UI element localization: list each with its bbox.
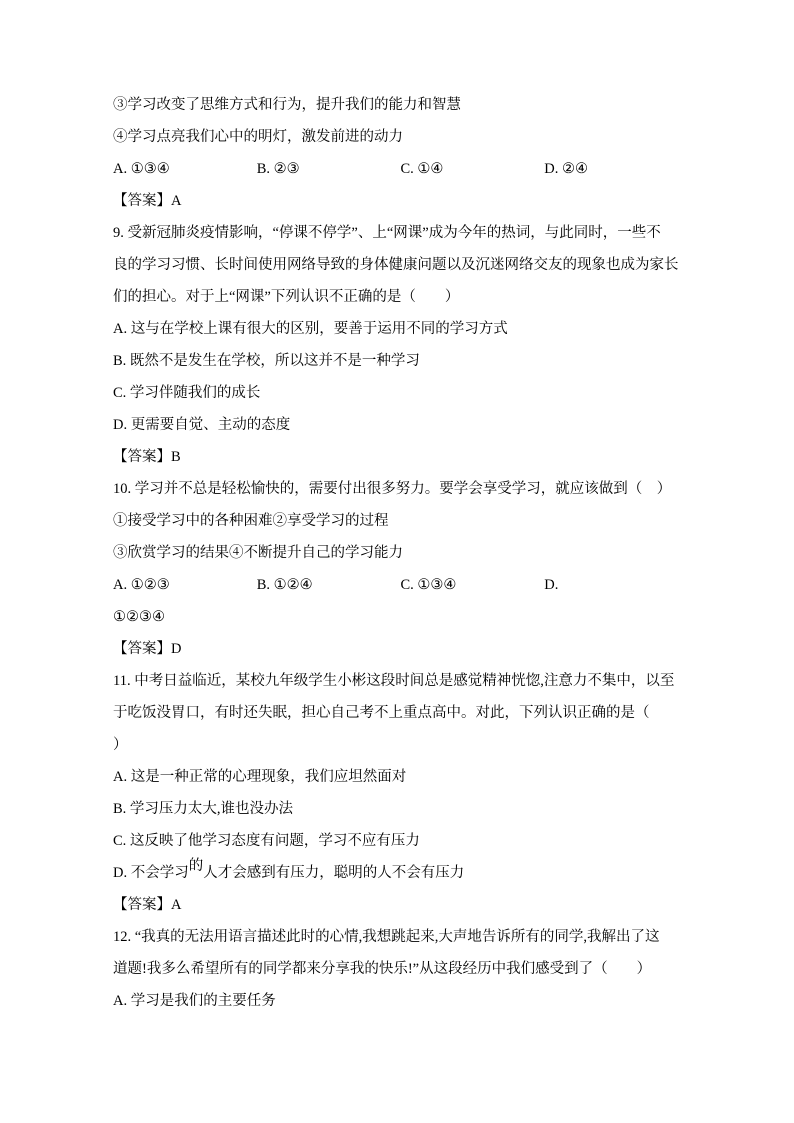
q10-items-1-2: ①接受学习中的各种困难②享受学习的过程 — [113, 505, 688, 537]
q11-option-a: A. 这是一种正常的心理现象，我们应坦然面对 — [113, 761, 688, 793]
q11-option-d-part-1: 的 — [189, 858, 204, 874]
document-content: ③学习改变了思维方式和行为，提升我们的能力和智慧④学习点亮我们心中的明灯，激发前… — [113, 89, 688, 1017]
q10-stem: 10. 学习并不总是轻松愉快的，需要付出很多努力。要学会享受学习，就应该做到（ … — [113, 473, 688, 505]
q9-stem-line1: 9. 受新冠肺炎疫情影响，“停课不停学”、上“网课”成为今年的热词，与此同时，一… — [113, 217, 688, 249]
q9-stem-line2: 良的学习习惯、长时间使用网络导致的身体健康问题以及沉迷网络交友的现象也成为家长 — [113, 249, 688, 281]
q10-option-d-continuation: ①②③④ — [113, 601, 688, 633]
q10-options-a: A. ①②③ — [113, 569, 257, 601]
q11-stem-line2: 于吃饭没胃口，有时还失眠，担心自己考不上重点高中。对此，下列认识正确的是（ — [113, 697, 688, 729]
q9-option-d: D. 更需要自觉、主动的态度 — [113, 409, 688, 441]
q11-option-c: C. 这反映了他学习态度有问题，学习不应有压力 — [113, 825, 688, 857]
q9-option-b: B. 既然不是发生在学校，所以这并不是一种学习 — [113, 345, 688, 377]
q10-options: A. ①②③B. ①②④C. ①③④D. — [113, 569, 688, 601]
q8-answer: 【答案】A — [113, 185, 688, 217]
q8-options-d: D. ②④ — [544, 153, 688, 185]
q9-option-c: C. 学习伴随我们的成长 — [113, 377, 688, 409]
q10-options-b: B. ①②④ — [257, 569, 401, 601]
q8-options-c: C. ①④ — [401, 153, 545, 185]
q11-stem-line3: ） — [113, 729, 688, 761]
q10-items-3-4: ③欣赏学习的结果④不断提升自己的学习能力 — [113, 537, 688, 569]
q8-options: A. ①③④B. ②③C. ①④D. ②④ — [113, 153, 688, 185]
q10-options-c: C. ①③④ — [401, 569, 545, 601]
document-page: ③学习改变了思维方式和行为，提升我们的能力和智慧④学习点亮我们心中的明灯，激发前… — [0, 0, 794, 1123]
q12-stem-line2: 道题!我多么希望所有的同学都来分享我的快乐!”从这段经历中我们感受到了（ ） — [113, 953, 688, 985]
q9-answer: 【答案】B — [113, 441, 688, 473]
q11-option-d-part-0: D. 不会学习 — [113, 865, 189, 881]
q8-options-a: A. ①③④ — [113, 153, 257, 185]
q9-stem-line3: 们的担心。对于上“网课”下列认识不正确的是（ ） — [113, 281, 688, 313]
q9-option-a: A. 这与在学校上课有很大的区别，要善于运用不同的学习方式 — [113, 313, 688, 345]
q8-statement-3: ③学习改变了思维方式和行为，提升我们的能力和智慧 — [113, 89, 688, 121]
q10-answer: 【答案】D — [113, 633, 688, 665]
q11-option-d: D. 不会学习的人才会感到有压力，聪明的人不会有压力 — [113, 857, 688, 889]
q11-answer: 【答案】A — [113, 889, 688, 921]
q11-option-d-part-2: 人才会感到有压力，聪明的人不会有压力 — [203, 865, 464, 881]
q11-stem-line1: 11. 中考日益临近，某校九年级学生小彬这段时间总是感觉精神恍惚,注意力不集中，… — [113, 665, 688, 697]
q11-option-b: B. 学习压力太大,谁也没办法 — [113, 793, 688, 825]
q8-statement-4: ④学习点亮我们心中的明灯，激发前进的动力 — [113, 121, 688, 153]
q10-options-d: D. — [544, 569, 688, 601]
q12-option-a: A. 学习是我们的主要任务 — [113, 985, 688, 1017]
q12-stem-line1: 12. “我真的无法用语言描述此时的心情,我想跳起来,大声地告诉所有的同学,我解… — [113, 921, 688, 953]
q8-options-b: B. ②③ — [257, 153, 401, 185]
